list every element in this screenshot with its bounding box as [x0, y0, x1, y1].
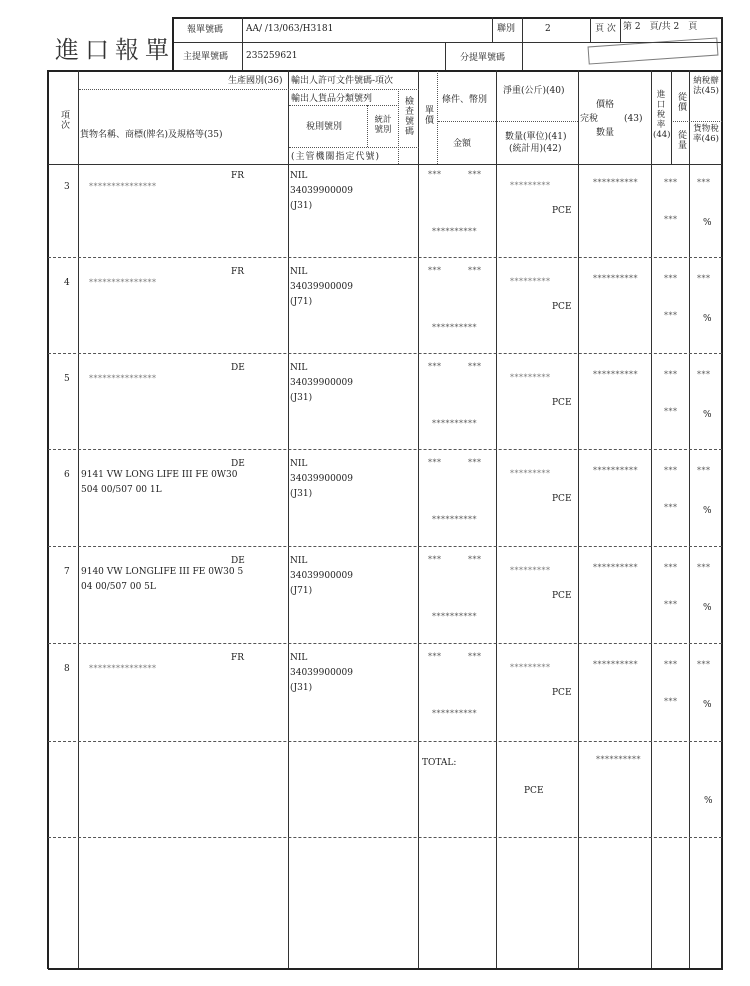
header-border-left: [172, 17, 174, 70]
goods-description: 504 00/507 00 1L: [81, 485, 162, 496]
trade-terms: ***: [428, 555, 442, 564]
quantity-unit: PCE: [552, 206, 572, 217]
commodity-rate: %: [703, 506, 712, 517]
row-separator: [48, 741, 722, 742]
amount: **********: [432, 709, 477, 718]
col-quantity-stat: (統計用)(42): [509, 144, 562, 155]
net-weight: *********: [510, 566, 551, 575]
col-divider: [496, 70, 497, 968]
col-divider: [671, 70, 672, 164]
amount: **********: [432, 419, 477, 428]
col-amount: 金額: [453, 139, 471, 150]
export-permit: NIL: [290, 459, 307, 470]
origin-country: FR: [231, 267, 244, 278]
currency: ***: [468, 170, 482, 179]
col-duty-paid-no: (43): [624, 114, 642, 125]
origin-country: FR: [231, 653, 244, 664]
net-weight: *********: [510, 181, 551, 190]
net-weight: *********: [510, 663, 551, 672]
total-unit: PCE: [524, 786, 544, 797]
agency-code: (J31): [290, 489, 312, 500]
col-divider: [578, 70, 579, 968]
import-rate-specific: ***: [664, 407, 678, 416]
import-rate-ad-valorem: ***: [664, 466, 678, 475]
col-export-class: 輸出人貨品分類號列: [291, 94, 372, 105]
duty-paid-value: **********: [593, 178, 638, 187]
payment-method: ***: [697, 370, 711, 379]
header-col-divider: [445, 42, 446, 70]
commodity-rate: %: [703, 410, 712, 421]
agency-code: (J71): [290, 586, 312, 597]
table-border-right: [721, 70, 723, 969]
commodity-rate: %: [703, 218, 712, 229]
import-rate-ad-valorem: ***: [664, 274, 678, 283]
header-bottom-line: [48, 164, 722, 165]
tariff-number: 34039900009: [290, 378, 353, 389]
copy-value: 2: [545, 24, 551, 35]
origin-country: DE: [231, 459, 245, 470]
col-tariff-no: 稅則號別: [306, 122, 342, 133]
col-check-code: 檢查號碼: [402, 96, 413, 136]
item-no: 5: [64, 374, 70, 385]
copy-label: 聯別: [497, 24, 515, 35]
net-weight: *********: [510, 373, 551, 382]
header-col-divider: [492, 17, 493, 42]
import-rate-ad-valorem: ***: [664, 563, 678, 572]
page-label: 頁 次: [595, 24, 616, 35]
col-divider: [288, 70, 289, 968]
col-net-weight: 淨重(公斤)(40): [503, 86, 565, 97]
import-rate-ad-valorem: ***: [664, 178, 678, 187]
commodity-rate: %: [703, 700, 712, 711]
declaration-no-label: 報單號碼: [187, 25, 223, 36]
import-rate-ad-valorem: ***: [664, 370, 678, 379]
total-commodity-rate: %: [704, 796, 713, 807]
page-info: 第 2 頁/共 2 頁: [623, 22, 697, 33]
amount: **********: [432, 323, 477, 332]
export-permit: NIL: [290, 267, 307, 278]
col-goods-desc: 貨物名稱、商標(牌名)及規格等(35): [80, 130, 223, 141]
declaration-no: AA/ /13/063/H3181: [246, 24, 333, 35]
item-no: 6: [64, 470, 70, 481]
col-divider: [689, 70, 690, 968]
net-weight: *********: [510, 277, 551, 286]
col-stat-no: 統計號別: [371, 115, 395, 135]
goods-description: 9140 VW LONGLIFE III FE 0W30 5: [81, 567, 243, 578]
col-divider: [651, 70, 652, 968]
duty-paid-value: **********: [593, 660, 638, 669]
currency: ***: [468, 555, 482, 564]
col-specific: 從量: [675, 130, 686, 150]
payment-method: ***: [697, 178, 711, 187]
duty-paid-value: **********: [593, 563, 638, 572]
col-origin: 生產國別(36): [228, 76, 282, 87]
col-item-no: 項次: [58, 110, 69, 130]
trade-terms: ***: [428, 652, 442, 661]
payment-method: ***: [697, 660, 711, 669]
payment-method: ***: [697, 466, 711, 475]
trade-terms: ***: [428, 266, 442, 275]
header-col-divider: [590, 17, 591, 42]
header-dotted: [367, 105, 368, 147]
quantity-unit: PCE: [552, 591, 572, 602]
row-separator: [48, 837, 722, 838]
table-border-top: [48, 70, 723, 72]
col-quantity: 數量: [596, 128, 614, 139]
payment-method: ***: [697, 274, 711, 283]
row-separator: [48, 546, 722, 547]
agency-code: (J71): [290, 297, 312, 308]
payment-method: ***: [697, 563, 711, 572]
header-dotted: [437, 71, 438, 164]
item-no: 7: [64, 567, 70, 578]
import-rate-specific: ***: [664, 215, 678, 224]
trade-terms: ***: [428, 458, 442, 467]
goods-description: ***************: [89, 278, 157, 287]
commodity-rate: %: [703, 603, 712, 614]
master-bl: 235259621: [246, 51, 298, 62]
header-col-divider: [522, 17, 523, 70]
header-dotted: [289, 105, 399, 106]
agency-code: (J31): [290, 201, 312, 212]
house-bl-label: 分提單號碼: [460, 53, 505, 64]
currency: ***: [468, 266, 482, 275]
header-dotted: [438, 121, 578, 122]
col-commodity-rate: 貨物稅率(46): [691, 124, 721, 144]
tariff-number: 34039900009: [290, 186, 353, 197]
agency-code: (J31): [290, 393, 312, 404]
col-price: 價格: [596, 100, 614, 111]
goods-description: 04 00/507 00 5L: [81, 582, 156, 593]
goods-description: ***************: [89, 182, 157, 191]
export-permit: NIL: [290, 556, 307, 567]
quantity-unit: PCE: [552, 398, 572, 409]
export-permit: NIL: [290, 171, 307, 182]
tariff-number: 34039900009: [290, 474, 353, 485]
tariff-number: 34039900009: [290, 668, 353, 679]
amount: **********: [432, 612, 477, 621]
col-import-rate: 進口稅率(44): [653, 90, 669, 140]
table-border-left: [47, 70, 49, 969]
import-rate-specific: ***: [664, 503, 678, 512]
header-border-top: [173, 17, 723, 19]
trade-terms: ***: [428, 170, 442, 179]
item-no: 3: [64, 182, 70, 193]
row-separator: [48, 353, 722, 354]
header-col-divider: [620, 17, 621, 42]
total-label: TOTAL:: [422, 758, 456, 769]
header-dotted: [671, 121, 722, 122]
total-duty-value: **********: [596, 755, 641, 764]
goods-description: ***************: [89, 374, 157, 383]
col-duty-paid: 完稅: [580, 114, 598, 125]
amount: **********: [432, 515, 477, 524]
row-separator: [48, 643, 722, 644]
col-quantity-unit: 數量(單位)(41): [505, 132, 567, 143]
col-divider: [418, 70, 419, 968]
master-bl-label: 主提單號碼: [183, 52, 228, 63]
goods-description: ***************: [89, 664, 157, 673]
item-no: 4: [64, 278, 70, 289]
header-col-divider: [242, 17, 243, 70]
form-title: 進口報單: [55, 30, 175, 65]
row-separator: [48, 449, 722, 450]
col-unit-price: 單價: [422, 105, 433, 125]
duty-paid-value: **********: [593, 370, 638, 379]
currency: ***: [468, 362, 482, 371]
trade-terms: ***: [428, 362, 442, 371]
header-border-right: [721, 17, 723, 70]
currency: ***: [468, 652, 482, 661]
export-permit: NIL: [290, 653, 307, 664]
origin-country: DE: [231, 556, 245, 567]
agency-code: (J31): [290, 683, 312, 694]
header-dotted: [289, 147, 419, 148]
duty-paid-value: **********: [593, 274, 638, 283]
amount: **********: [432, 227, 477, 236]
quantity-unit: PCE: [552, 494, 572, 505]
import-rate-specific: ***: [664, 697, 678, 706]
col-agency-code: (主管機關指定代號): [291, 152, 380, 163]
col-terms-currency: 條件、幣別: [442, 95, 487, 106]
tariff-number: 34039900009: [290, 282, 353, 293]
col-payment-method: 納稅辦法(45): [691, 76, 721, 96]
duty-paid-value: **********: [593, 466, 638, 475]
commodity-rate: %: [703, 314, 712, 325]
table-border-bottom: [48, 968, 723, 970]
origin-country: FR: [231, 171, 244, 182]
goods-description: 9141 VW LONG LIFE III FE 0W30: [81, 470, 238, 481]
currency: ***: [468, 458, 482, 467]
row-separator: [48, 257, 722, 258]
header-dotted: [79, 89, 419, 90]
import-rate-specific: ***: [664, 600, 678, 609]
header-dotted: [398, 89, 399, 164]
col-ad-valorem: 從價: [675, 92, 686, 112]
col-export-permit: 輸出人許可文件號碼-項次: [291, 76, 393, 87]
col-divider: [78, 70, 79, 968]
item-no: 8: [64, 664, 70, 675]
tariff-number: 34039900009: [290, 571, 353, 582]
quantity-unit: PCE: [552, 302, 572, 313]
origin-country: DE: [231, 363, 245, 374]
quantity-unit: PCE: [552, 688, 572, 699]
net-weight: *********: [510, 469, 551, 478]
import-rate-specific: ***: [664, 311, 678, 320]
export-permit: NIL: [290, 363, 307, 374]
import-rate-ad-valorem: ***: [664, 660, 678, 669]
